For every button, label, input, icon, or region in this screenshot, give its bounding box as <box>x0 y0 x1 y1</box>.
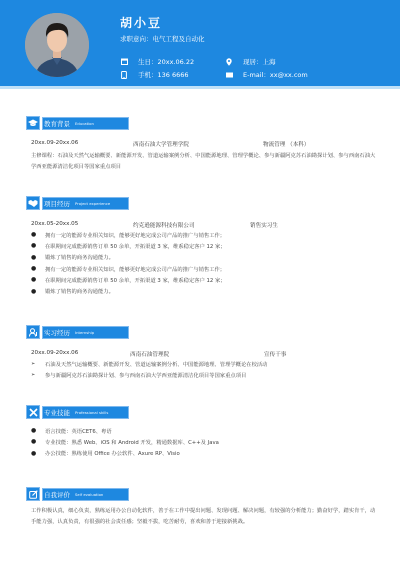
education-summary-row: 20xx.09-20xx.06 西南石油大学管理学院 物流管理 （本科） <box>31 140 310 148</box>
bullet-dot-icon: ● <box>31 242 45 249</box>
self-evaluation-text: 工作积极认真，细心负责，熟练运用办公自动化软件，善于在工作中提出问题、发现问题、… <box>31 506 376 528</box>
section-title-bar: 实习经历 Internship <box>42 326 129 339</box>
section-title-en: Project experience <box>75 201 110 206</box>
list-item: ●锻炼了销售的商务沟通能力。 <box>31 252 226 263</box>
list-item: ●语言技能：英语CET6、粤语 <box>31 425 219 436</box>
location-text: 现居：上海 <box>243 57 276 66</box>
section-header-education: 教育背景 Education <box>26 116 129 130</box>
handshake-icon <box>26 196 40 210</box>
project-role: 销售实习生 <box>250 221 278 229</box>
edit-icon <box>26 487 40 501</box>
section-title-en: Self evaluation <box>75 492 103 497</box>
education-major: 物流管理 （本科） <box>263 140 310 148</box>
section-header-skills: 专业技能 Professional skills <box>26 405 129 419</box>
banner-divider <box>0 86 400 89</box>
section-title-bar: 专业技能 Professional skills <box>42 406 129 419</box>
email-info: E-mail：xx@xx.com <box>225 70 308 79</box>
section-title-bar: 教育背景 Education <box>42 117 129 130</box>
birth-text: 生日：20xx.06.22 <box>138 57 194 66</box>
list-item: ●在职期间完成能源销售订单 50 余单，开拓渠道 3 家，维系稳定客户 12 家… <box>31 274 226 285</box>
list-item: ➢参与新疆阿克苏石油勘探计划、参与西南石油大学西亚能源清洁化项目等国家重点项目 <box>31 369 267 380</box>
location-pin-icon <box>225 58 233 66</box>
project-bullet-list: ●拥有一定的能源专业相关知识，能够更好地完成公司产品的推广与销售工作； ●在职期… <box>31 229 226 297</box>
education-school: 西南石油大学管理学院 <box>133 140 263 148</box>
internship-org: 西南石油管理院 <box>130 350 264 358</box>
internship-bullet-list: ➢石油及天然气运输概要、新能源开发、管道运输案例分析、中国能源地理、管理学概论在… <box>31 358 267 381</box>
envelope-icon <box>225 71 233 79</box>
email-text: E-mail：xx@xx.com <box>243 70 308 79</box>
mobile-phone-icon <box>120 71 128 79</box>
list-item: ●专业技能：熟悉 Web、iOS 和 Android 开发，精通数据库、C++及… <box>31 436 219 447</box>
internship-role: 宣传干事 <box>264 350 286 358</box>
project-summary-row: 20xx.05-20xx.05 约克逊能源科技有限公司 销售实习生 <box>31 221 278 229</box>
section-title-bar: 项目经历 Project experience <box>42 197 129 210</box>
section-title: 专业技能 <box>44 408 70 417</box>
internship-period: 20xx.09-20xx.06 <box>31 350 130 358</box>
person-icon <box>26 325 40 339</box>
tools-icon <box>26 405 40 419</box>
location-info: 现居：上海 <box>225 57 276 66</box>
section-title: 项目经历 <box>44 199 70 208</box>
section-title-en: Professional skills <box>75 410 108 415</box>
candidate-name: 胡小豆 <box>120 14 162 31</box>
bullet-dot-icon: ● <box>31 288 45 295</box>
avatar-photo <box>25 13 89 77</box>
section-title-bar: 自我评价 Self evaluation <box>42 488 129 501</box>
list-item: ●拥有一定的能源专业相关知识，能够更好地完成公司产品的推广与销售工作； <box>31 263 226 274</box>
project-company: 约克逊能源科技有限公司 <box>133 221 250 229</box>
section-header-self-evaluation: 自我评价 Self evaluation <box>26 487 129 501</box>
phone-text: 手机：136 6666 <box>138 70 189 79</box>
education-period: 20xx.09-20xx.06 <box>31 140 133 148</box>
bullet-dot-icon: ● <box>31 276 45 283</box>
internship-summary-row: 20xx.09-20xx.06 西南石油管理院 宣传干事 <box>31 350 286 358</box>
section-title: 教育背景 <box>44 119 70 128</box>
bullet-dot-icon: ● <box>31 231 45 238</box>
section-title: 自我评价 <box>44 490 70 499</box>
bullet-dot-icon: ● <box>31 450 45 457</box>
section-title-en: Education <box>75 121 94 126</box>
project-period: 20xx.05-20xx.05 <box>31 221 133 229</box>
arrow-bullet-icon: ➢ <box>31 361 45 367</box>
section-title-en: Internship <box>75 330 94 335</box>
list-item: ●锻炼了销售的商务沟通能力。 <box>31 285 226 296</box>
list-item: ●办公技能：熟练使用 Office 办公软件、Axure RP、Visio <box>31 448 219 459</box>
section-header-project: 项目经历 Project experience <box>26 196 129 210</box>
section-title: 实习经历 <box>44 328 70 337</box>
education-courses: 主修课程：石油及天然气运输概要、新能源开发、管道运输案例分析、中国能源地理、管理… <box>31 151 376 173</box>
calendar-icon <box>120 58 128 66</box>
list-item: ➢石油及天然气运输概要、新能源开发、管道运输案例分析、中国能源地理、管理学概论在… <box>31 358 267 369</box>
skills-bullet-list: ●语言技能：英语CET6、粤语 ●专业技能：熟悉 Web、iOS 和 Andro… <box>31 425 219 459</box>
bullet-dot-icon: ● <box>31 254 45 261</box>
bullet-dot-icon: ● <box>31 438 45 445</box>
job-intent-value: 电气工程及自动化 <box>153 35 205 43</box>
bullet-dot-icon: ● <box>31 427 45 434</box>
graduation-cap-icon <box>26 116 40 130</box>
arrow-bullet-icon: ➢ <box>31 372 45 378</box>
birth-info: 生日：20xx.06.22 <box>120 57 194 66</box>
list-item: ●在职期间完成能源销售订单 50 余单，开拓渠道 3 家，维系稳定客户 12 家… <box>31 240 226 251</box>
job-intent-label: 求职意向： <box>120 35 153 43</box>
section-header-internship: 实习经历 Internship <box>26 325 129 339</box>
job-intent: 求职意向：电气工程及自动化 <box>120 34 205 43</box>
phone-info: 手机：136 6666 <box>120 70 189 79</box>
list-item: ●拥有一定的能源专业相关知识，能够更好地完成公司产品的推广与销售工作； <box>31 229 226 240</box>
bullet-dot-icon: ● <box>31 265 45 272</box>
